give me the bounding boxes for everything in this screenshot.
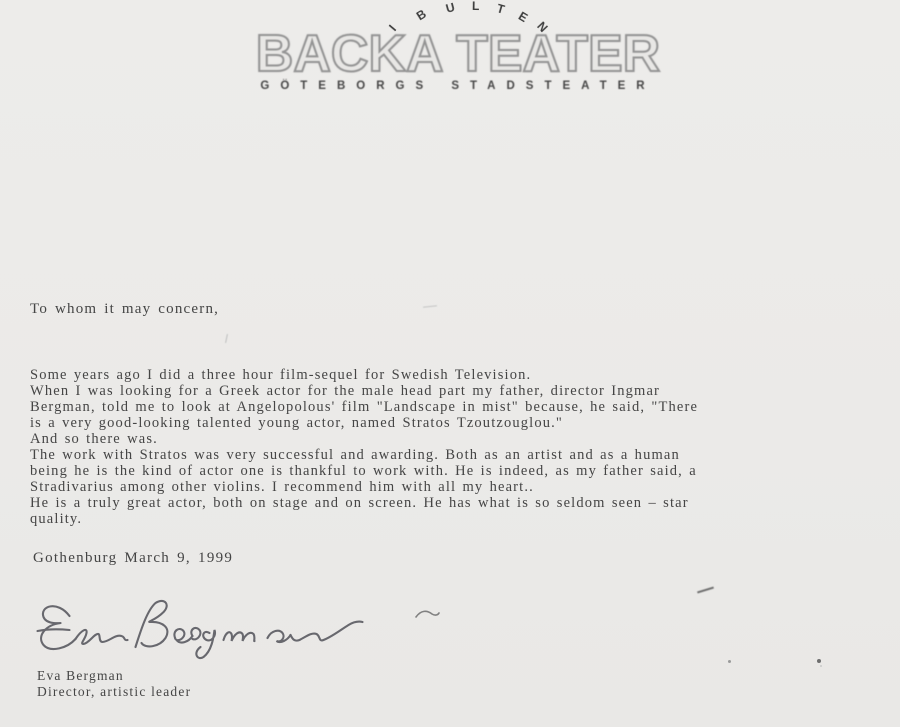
scan-speck xyxy=(423,305,437,307)
signature-handwriting xyxy=(33,596,368,664)
letterhead-arc-letter: U xyxy=(444,0,456,16)
scan-pen-tick xyxy=(697,587,714,594)
scanned-letter-page: I B U L T E N BACKA TEATER GÖTEBORGS STA… xyxy=(0,0,900,727)
body-line: Some years ago I did a three hour film-s… xyxy=(30,367,698,383)
body-line: being he is the kind of actor one is tha… xyxy=(30,463,698,479)
body-paragraph: Some years ago I did a three hour film-s… xyxy=(30,367,698,527)
salutation: To whom it may concern, xyxy=(30,301,219,318)
scan-speck xyxy=(225,334,228,343)
dateline: Gothenburg March 9, 1999 xyxy=(33,550,233,567)
body-line: is a very good-looking talented young ac… xyxy=(30,415,698,431)
body-line: quality. xyxy=(30,511,698,527)
body-line: He is a truly great actor, both on stage… xyxy=(30,495,698,511)
letterhead-arc-letter: L xyxy=(472,0,480,13)
body-line: And so there was. xyxy=(30,431,698,447)
scan-speck xyxy=(728,660,731,663)
theater-logo-subtitle: GÖTEBORGS STADSTEATER xyxy=(238,80,678,92)
body-line: When I was looking for a Greek actor for… xyxy=(30,383,698,399)
signatory-name: Eva Bergman xyxy=(37,668,124,684)
scan-pen-tilde xyxy=(414,608,440,620)
scan-speck xyxy=(817,659,821,663)
letterhead-arc-letter: B xyxy=(414,7,429,23)
letterhead-arc-letter: E xyxy=(516,9,530,25)
body-line: Stradivarius among other violins. I reco… xyxy=(30,479,698,495)
letterhead-arc-letter: T xyxy=(495,1,506,16)
body-line: The work with Stratos was very successfu… xyxy=(30,447,698,463)
body-line: Bergman, told me to look at Angelopolous… xyxy=(30,399,698,415)
theater-logo-title: BACKA TEATER xyxy=(238,28,678,80)
signatory-title: Director, artistic leader xyxy=(37,684,191,700)
